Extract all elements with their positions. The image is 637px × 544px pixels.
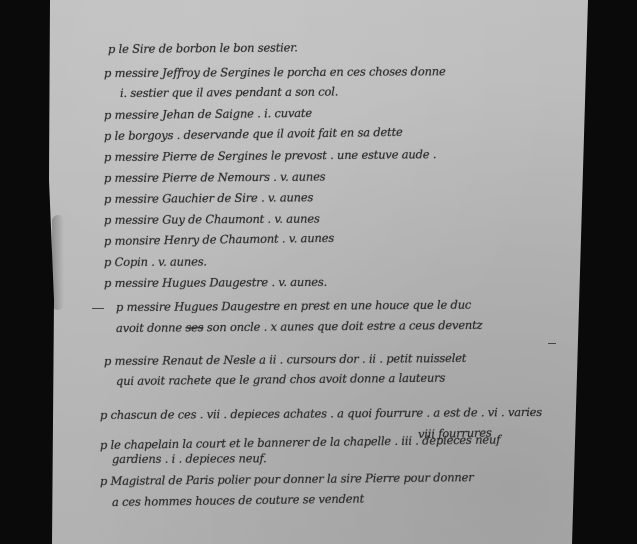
- margin-dash-mark: [92, 308, 104, 309]
- manuscript-line: p Copin . v. aunes.: [104, 254, 207, 269]
- manuscript-line: p messire Guy de Chaumont . v. aunes: [104, 211, 320, 227]
- page-fold-shadow: [52, 215, 64, 310]
- manuscript-line: p messire Hugues Daugestre . v. aunes.: [104, 275, 327, 290]
- margin-dash-mark: [548, 343, 556, 344]
- manuscript-line: p messire Pierre de Sergines le prevost …: [104, 147, 436, 164]
- manuscript-line: p le Sire de borbon le bon sestier.: [108, 40, 298, 56]
- manuscript-line: p messire Jehan de Saigne . i. cuvate: [104, 106, 312, 122]
- manuscript-line: p messire Hugues Daugestre en prest en u…: [116, 298, 471, 314]
- manuscript-line: p messire Gauchier de Sire . v. aunes: [104, 190, 313, 206]
- struck-word: ses: [185, 320, 203, 334]
- manuscript-line: p messire Jeffroy de Sergines le porcha …: [104, 64, 446, 80]
- manuscript-line: p messire Pierre de Nemours . v. aunes: [104, 169, 325, 185]
- manuscript-line: i. sestier que il aves pendant a son col…: [120, 84, 338, 100]
- manuscript-line: gardiens . i . depieces neuf.: [112, 451, 267, 466]
- manuscript-page: [0, 0, 637, 544]
